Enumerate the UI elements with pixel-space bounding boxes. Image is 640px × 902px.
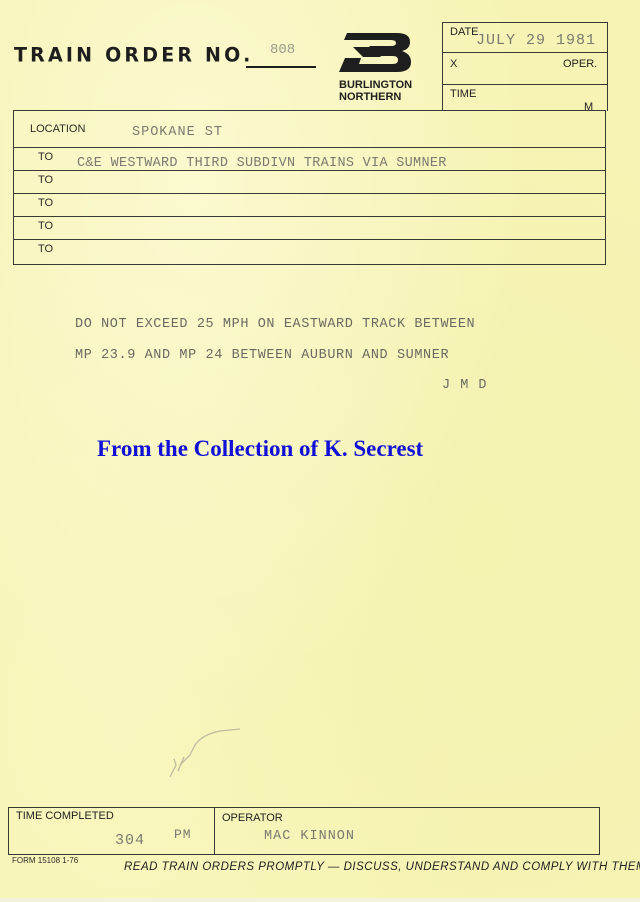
collection-watermark: From the Collection of K. Secrest [97, 436, 423, 462]
time-completed-label: TIME COMPLETED [16, 810, 114, 822]
to-label: TO [38, 243, 53, 255]
to-label: TO [38, 174, 53, 186]
operator-label: OPERATOR [222, 812, 283, 824]
divider [14, 193, 605, 194]
instruction-text: READ TRAIN ORDERS PROMPTLY — DISCUSS, UN… [124, 861, 640, 873]
divider [214, 808, 215, 854]
date-box: DATE JULY 29 1981 X OPER. TIME M [442, 22, 608, 111]
date-label: DATE [450, 26, 479, 38]
routing-box: LOCATION SPOKANE ST TO C&E WESTWARD THIR… [13, 110, 606, 265]
operator-value: MAC KINNON [264, 829, 355, 844]
divider [14, 239, 605, 240]
completion-box: TIME COMPLETED 304 PM OPERATOR MAC KINNO… [8, 807, 600, 855]
divider [14, 147, 605, 148]
order-text-line: DO NOT EXCEED 25 MPH ON EASTWARD TRACK B… [75, 317, 475, 332]
date-value: JULY 29 1981 [476, 32, 596, 49]
to-label: TO [38, 220, 53, 232]
dispatcher-initials: J M D [442, 378, 488, 393]
burlington-northern-logo-icon [339, 31, 411, 73]
time-completed-value: 304 [115, 832, 145, 849]
time-completed-ampm: PM [174, 827, 192, 842]
form-title: TRAIN ORDER NO. [14, 43, 254, 66]
divider [443, 84, 607, 85]
company-name: BURLINGTON NORTHERN [339, 79, 412, 103]
to-label: TO [38, 151, 53, 163]
to-label: TO [38, 197, 53, 209]
pencil-mark-icon [160, 725, 255, 785]
x-label: X [450, 58, 457, 70]
order-text-line: MP 23.9 AND MP 24 BETWEEN AUBURN AND SUM… [75, 348, 449, 363]
location-value: SPOKANE ST [132, 125, 223, 140]
form-number: FORM 15108 1-76 [12, 856, 78, 865]
train-order-form: TRAIN ORDER NO. 808 BURLINGTON NORTHERN … [0, 0, 640, 898]
order-number: 808 [270, 42, 295, 58]
divider [443, 52, 607, 53]
divider [14, 216, 605, 217]
time-label: TIME [450, 88, 476, 100]
oper-label: OPER. [563, 58, 597, 70]
to-value: C&E WESTWARD THIRD SUBDIVN TRAINS VIA SU… [77, 156, 447, 171]
location-label: LOCATION [30, 123, 85, 135]
order-number-underline [246, 66, 316, 68]
